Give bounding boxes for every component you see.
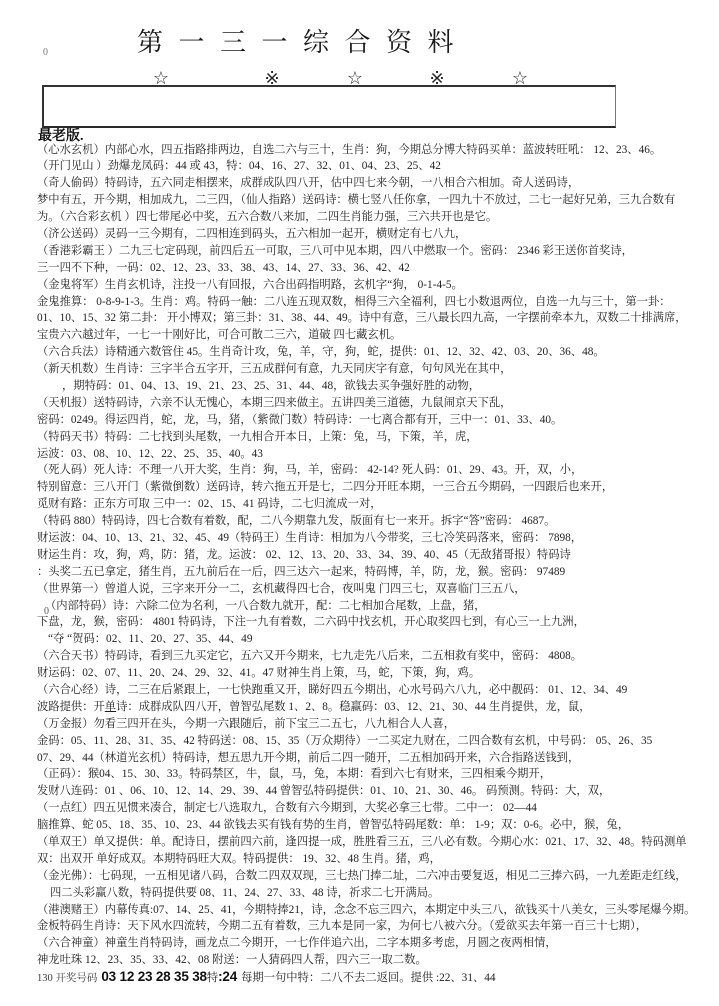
banner-box bbox=[42, 85, 616, 128]
tip-line: （正码）：猴04、15、30、33。特码禁区，牛，鼠，马，兔，本期：看到六七有财… bbox=[37, 766, 694, 783]
underlined-word: 单 bbox=[105, 701, 116, 713]
tip-line: （新天机数）生肖诗：三字半合五字开，三五成群何有意，九天同庆字有意，句句风光在其… bbox=[37, 361, 694, 378]
tip-line: （万金报）勿看三四开在头，今期一六跟随后，前下宝三二五七，八九相合人人喜， bbox=[37, 716, 694, 733]
tip-line: 神龙吐珠 12、23、35、33、42、08 附送：一人猜码四人帮，四六三一取二… bbox=[37, 952, 694, 969]
special-number: :24 bbox=[218, 969, 237, 984]
tip-line: （六合心经）诗，二三在后紧跟上，一七快跑重又开，睇好四五今期出，心水号码六八九，… bbox=[37, 682, 694, 699]
document-page: 0 第一三一综合资料 ☆ ※ ☆ ※ ☆ 最老版. （心水玄机）内部心水，四五指… bbox=[0, 0, 719, 1006]
draw-result-line: 130 开奖号码03 12 23 28 35 38特:24每期一句中特：二八不去… bbox=[37, 969, 694, 986]
tip-line: （六合兵法）诗精通六数管住 45。生肖奇计攻，兔，羊，守，狗，蛇，提供：01、1… bbox=[37, 344, 694, 361]
tip-line: 梦中有五，开今期，相加成九，二三四，（仙人指路）送码诗：横七竖八任你拿，一四九十… bbox=[37, 192, 694, 209]
tip-line: 特别留意：三八开门（紫微倒数）送码诗，转六拖五开是七，二四分开旺本期，一三合五今… bbox=[37, 479, 694, 496]
tip-line: （六合神童）神童生肖特码诗，画龙点二今期开，一七作伴追六出，二字本期多考虑，月圆… bbox=[37, 935, 694, 952]
tip-line: （特码 880）特码诗，四七合数有着数，配，二八今期靠九发，版面有七一来开。拆字… bbox=[37, 513, 694, 530]
tip-line: 脑推算、蛇 05、18、35、10、23、44 欲钱去买有钱有势的生肖，曾智弘特… bbox=[37, 817, 694, 834]
tip-line: 金码：05、11、28、31、35、42 特码送：08、15、35（万众期待）一… bbox=[37, 733, 694, 750]
tip-line: 下盘，龙，猴，密码： 4801 特码诗，下注一九有着数，二六码中找玄机，开心取奖… bbox=[37, 614, 694, 631]
tip-line: ，期特码：01、04、13、19、21、23、25、31、44、48，欲钱去买争… bbox=[37, 378, 694, 395]
tip-line: （心水玄机）内部心水，四五指路排两边，自选二六与三十，生肖：狗，今期总分博大特码… bbox=[37, 142, 694, 159]
tip-line: （六合天书）特码诗，看到三九买定它，五六又开今期来，七九走先八后来，二五相救有奖… bbox=[37, 648, 694, 665]
tip-line: 波路提供：开单诗：成群成队四八开，曾智弘尾数 1、2、8。稳赢码：03、12、2… bbox=[37, 699, 694, 716]
tip-line: 觅财有路：正东方可取 三中一：02、15、41 码诗，二七归流成一对， bbox=[37, 496, 694, 513]
tip-line: 宝贵六六越过年，一七一十刚好比，可合可散二三六，道破 四七藏玄机。 bbox=[37, 327, 694, 344]
tip-text: 波路提供：开 bbox=[37, 701, 105, 713]
tip-line: 财运生肖：攻，狗，鸡，防：猪，龙。运波： 02、12、13、20、33、34、3… bbox=[37, 547, 694, 564]
tip-line: 金板特码生肖诗：天下风水四流转，今期二五有着数，三九本是同一家，为何七八被六分。… bbox=[37, 918, 694, 935]
page-marker: 0 bbox=[43, 47, 48, 59]
tip-text: 诗：成群成队四八开，曾智弘尾数 1、2、8。稳赢码：03、12、21、30、44… bbox=[116, 701, 590, 713]
tip-line: “夺 “贺码：02、11、20、27、35、44、49 bbox=[37, 631, 694, 648]
tip-line: 金鬼推算： 0-8-9-1-3。生肖：鸡。特码一触：二八连五现双数，相得三六全福… bbox=[37, 294, 694, 311]
tip-line: （特码天书）特码：二七找到头尾数，一九相合开本日，上策：兔，马，下策，羊，虎， bbox=[37, 429, 694, 446]
tip-line: （一点红）四五见惯来凑合，制定七八选取九，合数有六今期到，大奖必拿三七带。二中一… bbox=[37, 800, 694, 817]
tip-line: ：头奖二五已拿定，猪生肖，五九前后在一后，四三达六一起来，特码博，羊，防，龙，猴… bbox=[37, 564, 694, 581]
tip-line: （单双王）单又提供：单。配诗日，摆前四六前，逢四提一成，胜胜看三五，三八必有数。… bbox=[37, 834, 694, 851]
tip-line: （世界第一）曾道人说，三字来开分一二，玄机藏得四七合，夜叫鬼 门四三七，双喜临门… bbox=[37, 581, 694, 598]
tip-line: 发财八连码：01 、06、10、12、14、29、39、44 曾智弘特码提供：0… bbox=[37, 783, 694, 800]
tip-line: 财运码：02、07、11、20、24、29、32、41。47 财神生肖上策，马，… bbox=[37, 665, 694, 682]
tip-line: （金鬼将军）生肖玄机诗，注投一八有回报，六合出码指明路，玄机字“狗， 0-1-4… bbox=[37, 277, 694, 294]
tip-line: 07、29、44（林道光玄机）特码诗，想五思九开今期，前后二四一随开，二五相加码… bbox=[37, 750, 694, 767]
tip-line: （香港彩霸王 ）二九三七定码现，前四后五一可取，三八可中见本期，四八中燃取一个。… bbox=[37, 243, 694, 260]
tip-line: 密码：0249。得运四肖，蛇，龙，马，猪，（紫微门数）特码诗：一七离合都有开，三… bbox=[37, 412, 694, 429]
tip-line: （金光佛）：七码现，一五相见诸八码，合数二四双双现，三七热门捧二址，二六冲击要复… bbox=[37, 868, 694, 885]
tip-line: 财运波：04、10、13、21、32、45、49（特码王）生肖诗：相加为八今带奖… bbox=[37, 530, 694, 547]
daily-hint: 每期一句中特：二八不去二返回。提供 :22、31、44 bbox=[241, 972, 496, 984]
special-number-label: 特 bbox=[207, 972, 218, 984]
tip-line: （内部特码）诗：六除二位为名利，一八合数九就开，配：二七相加合尾数，上盘，猪， bbox=[37, 598, 694, 615]
tip-line: （济公送码）灵码一三今期有，二四相连到码头，五六相加一起开，横财定有七八九， bbox=[37, 226, 694, 243]
tip-line: 运波：03、08、10、12、22、25、35、40。43 bbox=[37, 446, 694, 463]
tip-line: 为。（六合彩玄机 ）四七带尾必中奖，五六合数八来加，二四生肖能力强，三六共开也是… bbox=[37, 209, 694, 226]
tip-line: （奇人偷码）特码诗，五六同走相摆来，成群成队四八开，估中四七来今朝，一八相合六相… bbox=[37, 175, 694, 192]
draw-issue-label: 130 开奖号码 bbox=[37, 973, 97, 984]
tip-line: （开门见山 ）劲爆龙凤码：44 或 43，特：04、16、27、32、01、04… bbox=[37, 158, 694, 175]
scan-mark: 0 bbox=[44, 606, 49, 618]
tip-line: 四二头彩赢八数，特码提供要 08、11、24、27、33、48 诗，祈求二七开满… bbox=[37, 885, 694, 902]
tip-line: 01、10、15、32 第二卦： 开小博双；第三卦：31、38、44、49。诗中… bbox=[37, 310, 694, 327]
tip-line: （死人码）死人诗：不理一八开大奖，生肖：狗，马，羊，密码： 42-14? 死人码… bbox=[37, 462, 694, 479]
tip-line: （港澳赌王）内幕传真:07、14、25、41，今期特捧21，诗，念念不忘三四六，… bbox=[37, 902, 694, 919]
tip-line: 三一四不下种，一码：02、12、23、33、38、43、14、27、33、36、… bbox=[37, 260, 694, 277]
winning-numbers: 03 12 23 28 35 38 bbox=[101, 969, 206, 984]
page-title: 第一三一综合资料 bbox=[137, 28, 469, 58]
tip-line: 双：出双开 单好成双。本期特码旺大双。特码提供： 19、32、48 生肖。猪，鸡… bbox=[37, 851, 694, 868]
tip-line: （天机报）送特码诗，六亲不认无愧心，本期三四来做主。五讲四美三道德，九鼠闹京天下… bbox=[37, 395, 694, 412]
tips-text-block: （心水玄机）内部心水，四五指路排两边，自选二六与三十，生肖：狗，今期总分博大特码… bbox=[37, 142, 694, 987]
